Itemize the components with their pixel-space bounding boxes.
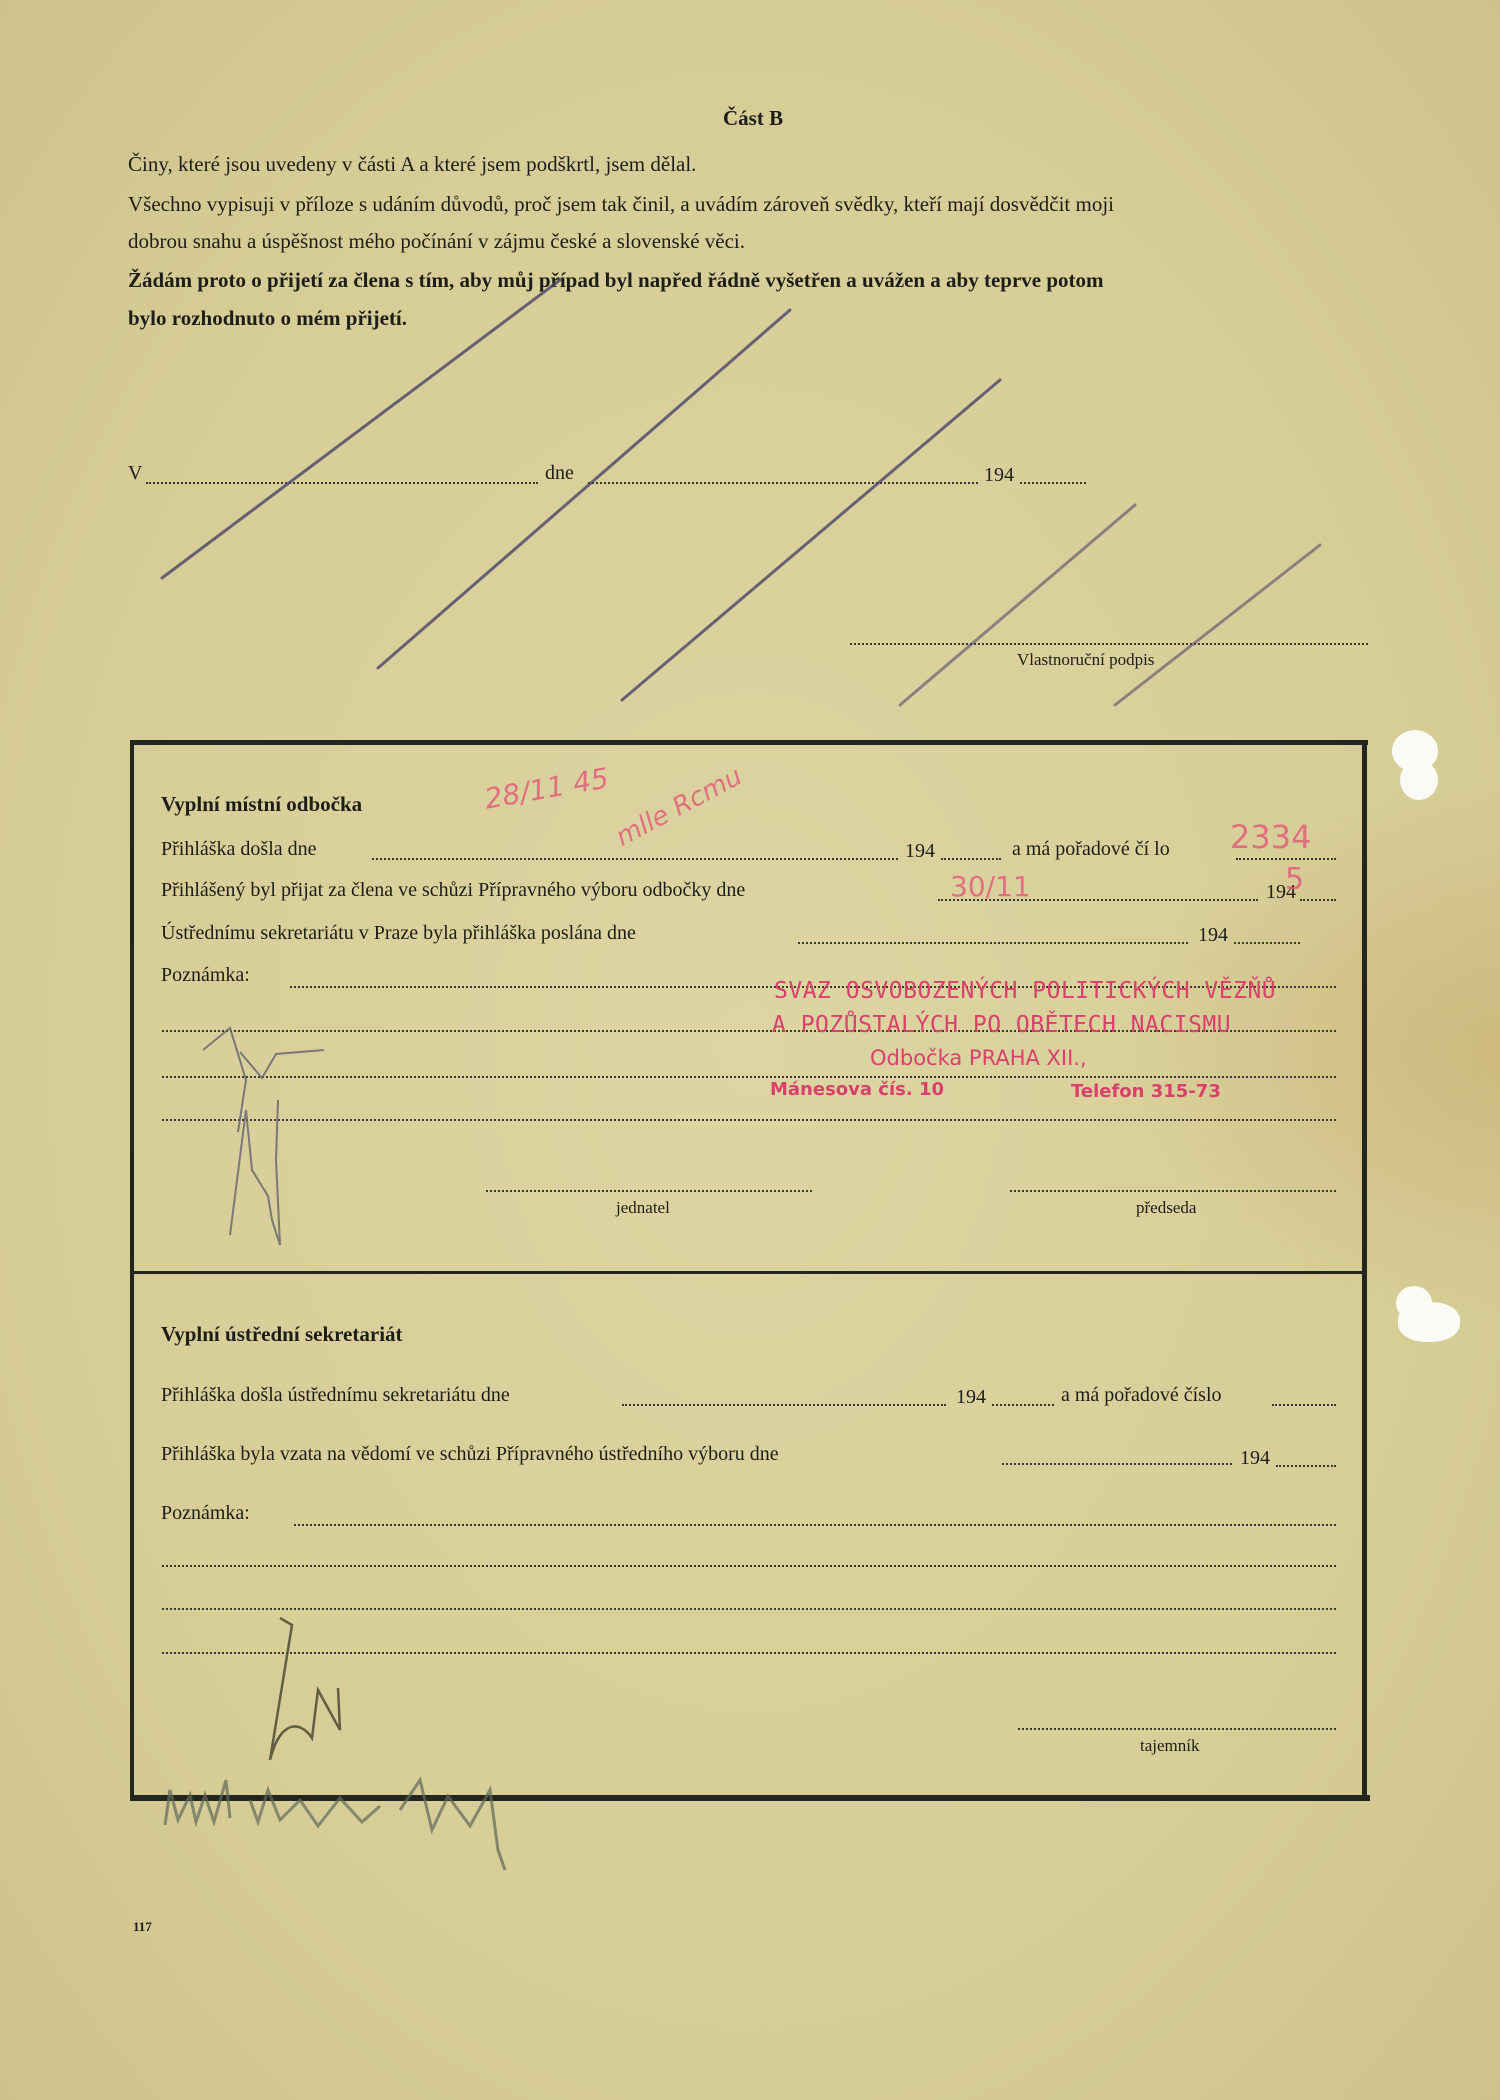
cancel-stroke-1	[162, 280, 560, 578]
cancel-stroke-3	[622, 380, 1000, 700]
cancel-stroke-4	[900, 505, 1135, 705]
cancel-stroke-2	[378, 310, 790, 668]
central-signature-scribble	[270, 1618, 340, 1760]
bottom-handwriting	[165, 1780, 505, 1870]
cancel-stroke-5	[1115, 545, 1320, 705]
handwriting-overlay	[0, 0, 1500, 2100]
local-signature-scribble	[203, 1028, 324, 1245]
